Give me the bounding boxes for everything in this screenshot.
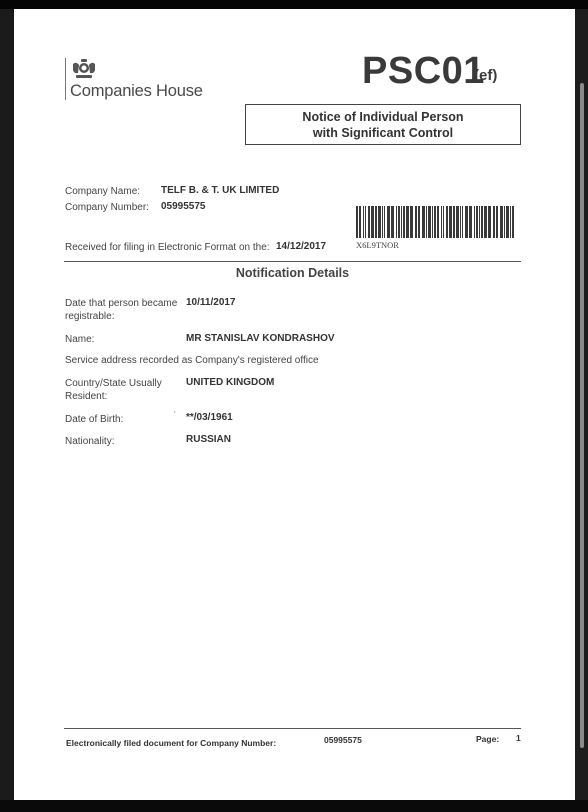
footer-filed-label: Electronically filed document for Compan… bbox=[66, 738, 276, 748]
viewer-bottom-bar bbox=[0, 800, 588, 812]
registrable-date: 10/11/2017 bbox=[186, 297, 236, 308]
dob-mark: ' bbox=[174, 410, 176, 419]
registrable-label-line2: registrable: bbox=[65, 311, 114, 322]
form-title-box: Notice of Individual Person with Signifi… bbox=[245, 104, 521, 145]
footer-page-label: Page: bbox=[476, 734, 499, 744]
country-value: UNITED KINGDOM bbox=[186, 377, 274, 388]
country-label-line1: Country/State Usually bbox=[65, 378, 162, 389]
company-name-label: Company Name: bbox=[65, 186, 140, 197]
person-name-label: Name: bbox=[65, 334, 94, 345]
footer-company-number: 05995575 bbox=[324, 735, 362, 745]
section-title: Notification Details bbox=[64, 266, 521, 280]
logo-divider bbox=[65, 58, 66, 100]
section-divider bbox=[64, 261, 521, 262]
dob-value: **/03/1961 bbox=[186, 412, 233, 423]
form-suffix: (ef) bbox=[474, 68, 497, 83]
form-title-line1: Notice of Individual Person bbox=[302, 109, 463, 125]
received-date: 14/12/2017 bbox=[276, 241, 326, 252]
country-label-line2: Resident: bbox=[65, 391, 107, 402]
barcode bbox=[356, 206, 516, 238]
royal-crest-icon bbox=[70, 58, 98, 80]
barcode-text: X6L9TNOR bbox=[356, 240, 399, 250]
form-code: PSC01 bbox=[362, 52, 485, 90]
footer-divider bbox=[64, 728, 521, 729]
footer-page-number: 1 bbox=[516, 733, 521, 743]
received-label: Received for filing in Electronic Format… bbox=[65, 242, 270, 253]
viewer-top-bar bbox=[0, 0, 588, 9]
company-number-value: 05995575 bbox=[161, 201, 206, 212]
scrollbar-thumb[interactable] bbox=[580, 83, 584, 748]
form-title-line2: with Significant Control bbox=[313, 125, 453, 141]
company-name-value: TELF B. & T. UK LIMITED bbox=[161, 185, 279, 196]
nationality-value: RUSSIAN bbox=[186, 434, 231, 445]
registrable-label-line1: Date that person became bbox=[65, 298, 177, 309]
dob-label: Date of Birth: bbox=[65, 414, 123, 425]
service-address-text: Service address recorded as Company's re… bbox=[65, 355, 319, 366]
logo-text: Companies House bbox=[70, 82, 203, 101]
nationality-label: Nationality: bbox=[65, 436, 114, 447]
company-number-label: Company Number: bbox=[65, 202, 149, 213]
person-name-value: MR STANISLAV KONDRASHOV bbox=[186, 333, 335, 344]
